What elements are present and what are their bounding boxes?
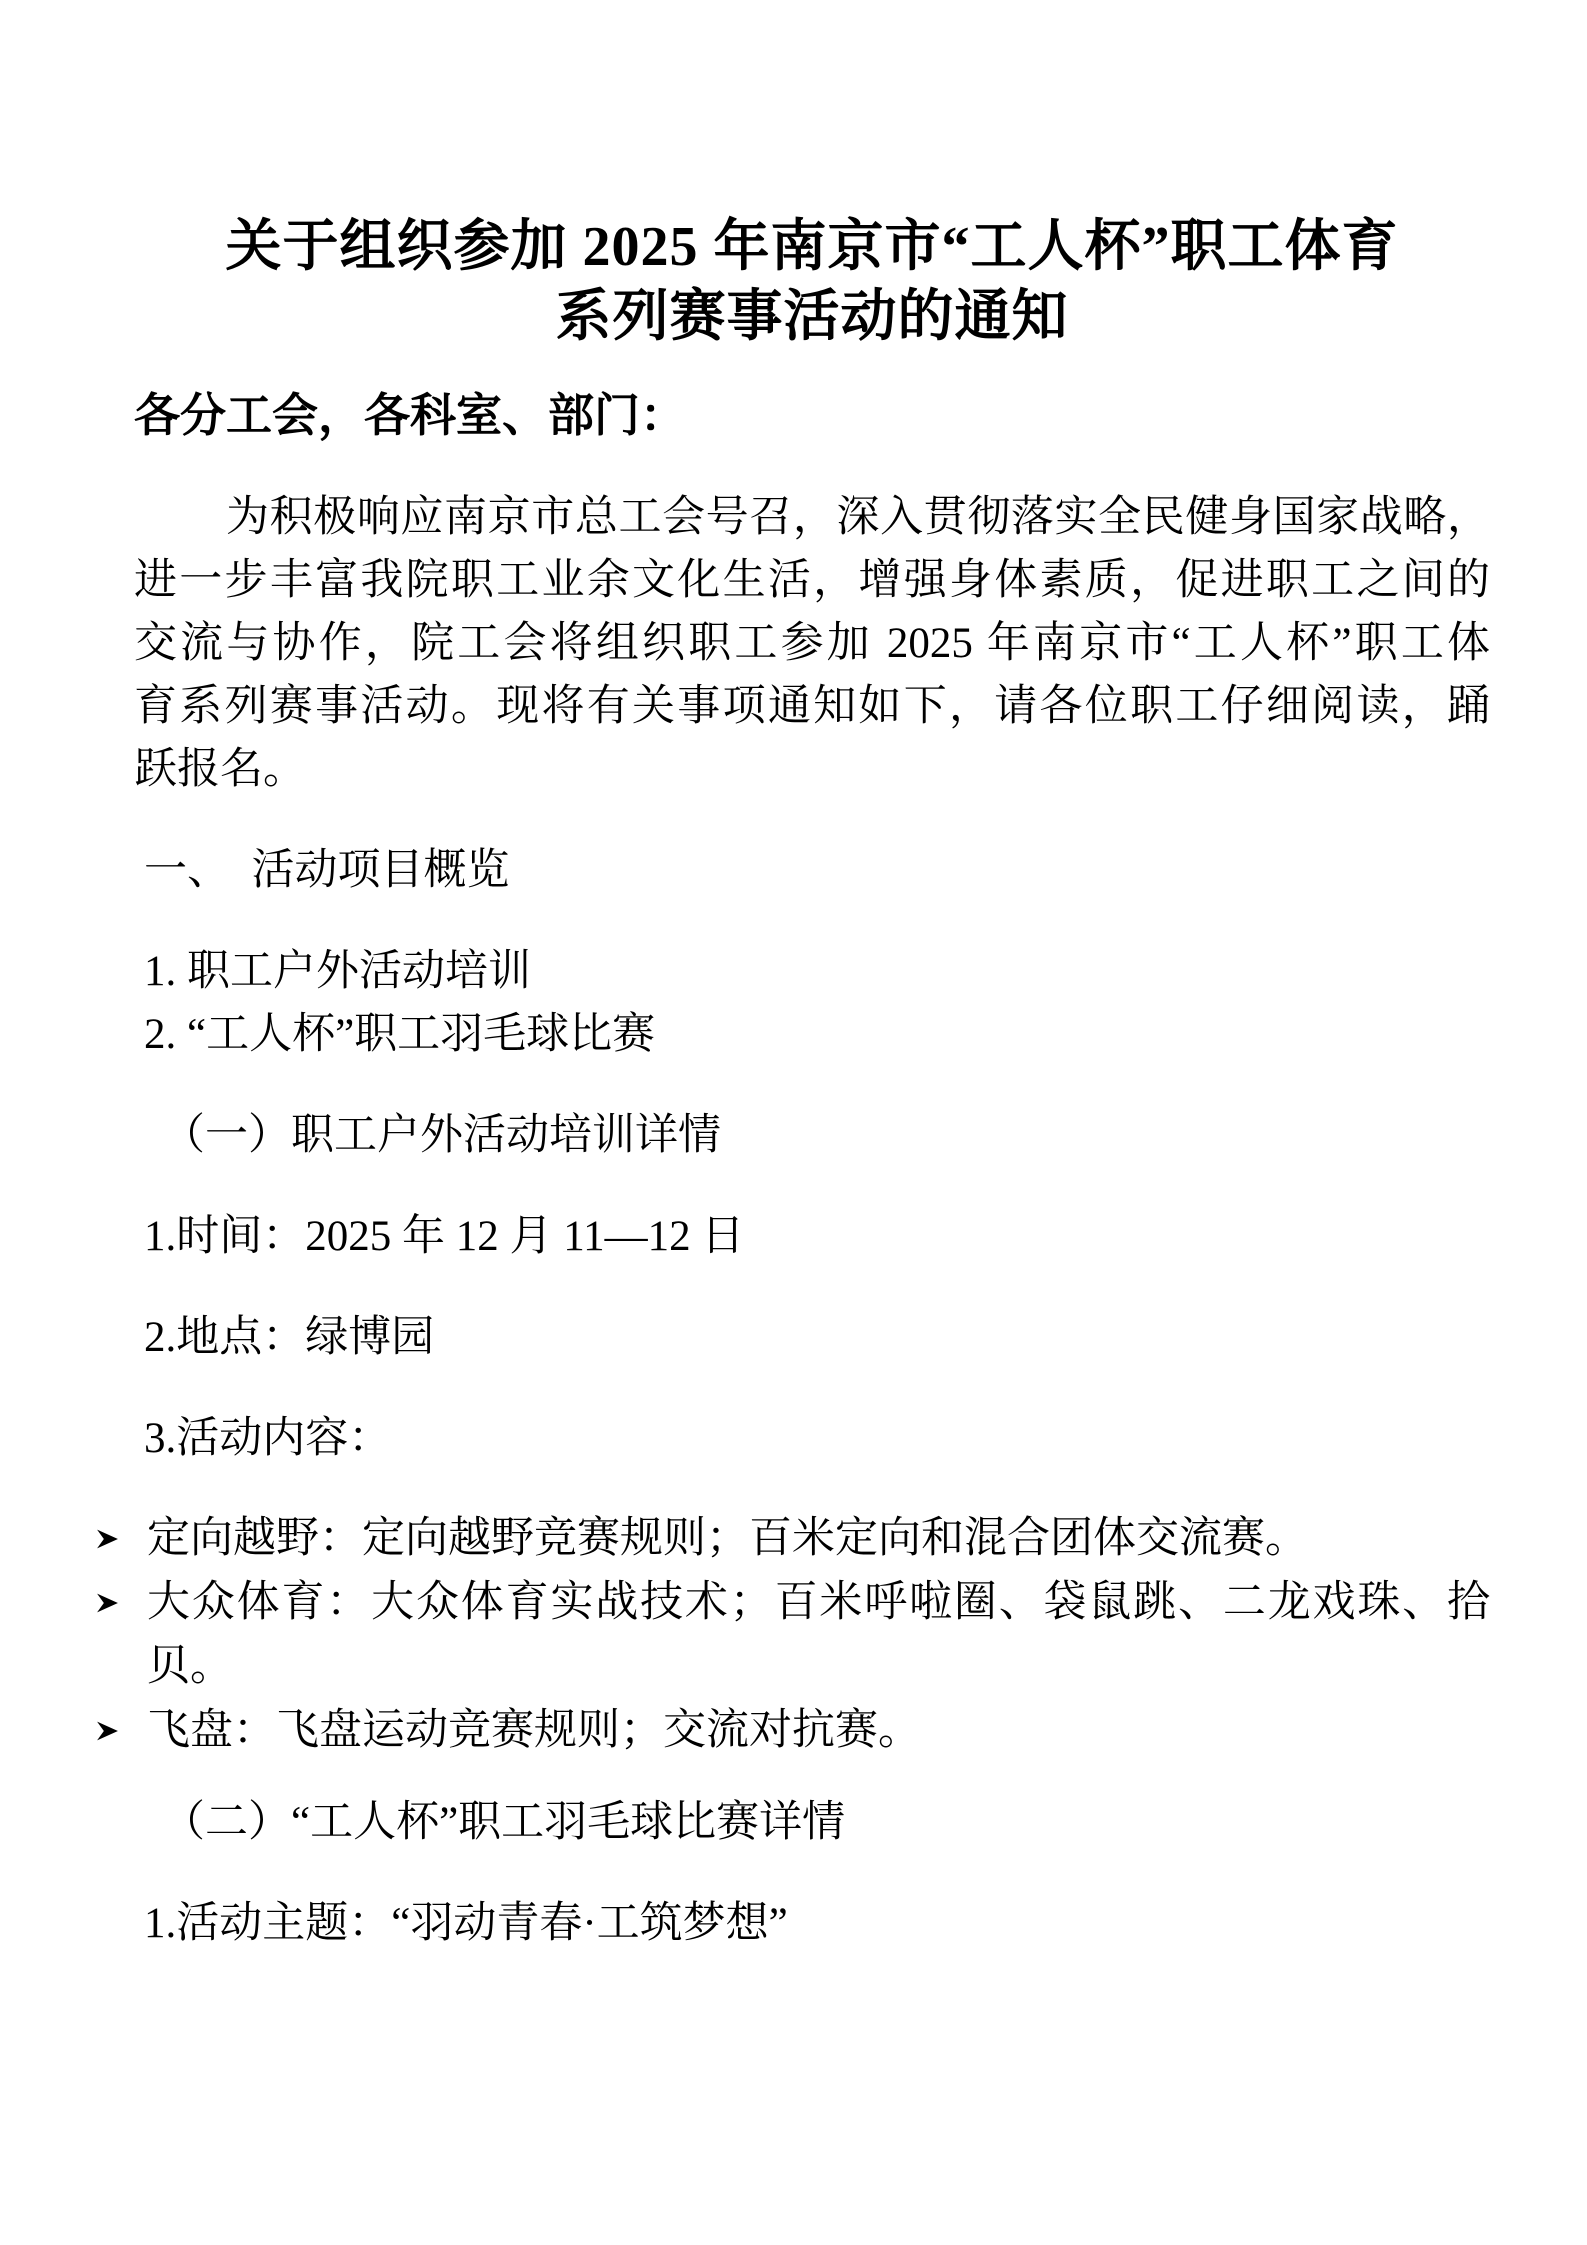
bullet-line: 大众体育：大众体育实战技术；百米呼啦圈、袋鼠跳、二龙戏珠、拾 (147, 1571, 1490, 1635)
title-line-2: 系列赛事活动的通知 (134, 282, 1490, 352)
intro-paragraph: 为积极响应南京市总工会号召，深入贯彻落实全民健身国家战略， 进一步丰富我院职工业… (134, 486, 1490, 801)
bullet-item-orienteering: 定向越野：定向越野竞赛规则；百米定向和混合团体交流赛。 (134, 1507, 1490, 1571)
bullet-line: 飞盘：飞盘运动竞赛规则；交流对抗赛。 (147, 1699, 1490, 1763)
section1-content-label: 3.活动内容： (144, 1407, 1490, 1470)
section2-theme: 1.活动主题：“羽动青春·工筑梦想” (144, 1892, 1490, 1955)
document-page: 关于组织参加 2025 年南京市“工人杯”职工体育 系列赛事活动的通知 各分工会… (0, 0, 1587, 2245)
intro-line: 育系列赛事活动。现将有关事项通知如下，请各位职工仔细阅读，踊 (134, 675, 1490, 738)
title-line-1: 关于组织参加 2025 年南京市“工人杯”职工体育 (134, 212, 1490, 282)
bullet-item-mass-sports: 大众体育：大众体育实战技术；百米呼啦圈、袋鼠跳、二龙戏珠、拾 贝。 (134, 1571, 1490, 1699)
section1-time: 1.时间：2025 年 12 月 11—12 日 (144, 1205, 1490, 1268)
salutation: 各分工会，各科室、部门： (134, 384, 1490, 447)
arrowhead-right-icon (95, 1590, 120, 1616)
intro-line: 交流与协作，院工会将组织职工参加 2025 年南京市“工人杯”职工体 (134, 612, 1490, 675)
section1-heading: （一）职工户外活动培训详情 (162, 1104, 1490, 1167)
section2-heading: （二）“工人杯”职工羽毛球比赛详情 (162, 1791, 1490, 1854)
bullet-item-frisbee: 飞盘：飞盘运动竞赛规则；交流对抗赛。 (134, 1699, 1490, 1763)
bullet-line: 贝。 (147, 1635, 1490, 1699)
intro-line: 为积极响应南京市总工会号召，深入贯彻落实全民健身国家战略， (134, 486, 1490, 549)
bullet-line: 定向越野：定向越野竞赛规则；百米定向和混合团体交流赛。 (147, 1507, 1490, 1571)
intro-line: 跃报名。 (134, 738, 1490, 801)
intro-line: 进一步丰富我院职工业余文化生活，增强身体素质，促进职工之间的 (134, 549, 1490, 612)
section1-place: 2.地点：绿博园 (144, 1306, 1490, 1369)
overview-item-outdoor-training: 1. 职工户外活动培训 (144, 940, 1490, 1003)
arrowhead-right-icon (95, 1718, 120, 1744)
overview-item-badminton: 2. “工人杯”职工羽毛球比赛 (144, 1003, 1490, 1066)
overview-heading: 一、 活动项目概览 (144, 839, 1490, 902)
arrowhead-right-icon (95, 1526, 120, 1552)
document-title: 关于组织参加 2025 年南京市“工人杯”职工体育 系列赛事活动的通知 (134, 212, 1490, 352)
